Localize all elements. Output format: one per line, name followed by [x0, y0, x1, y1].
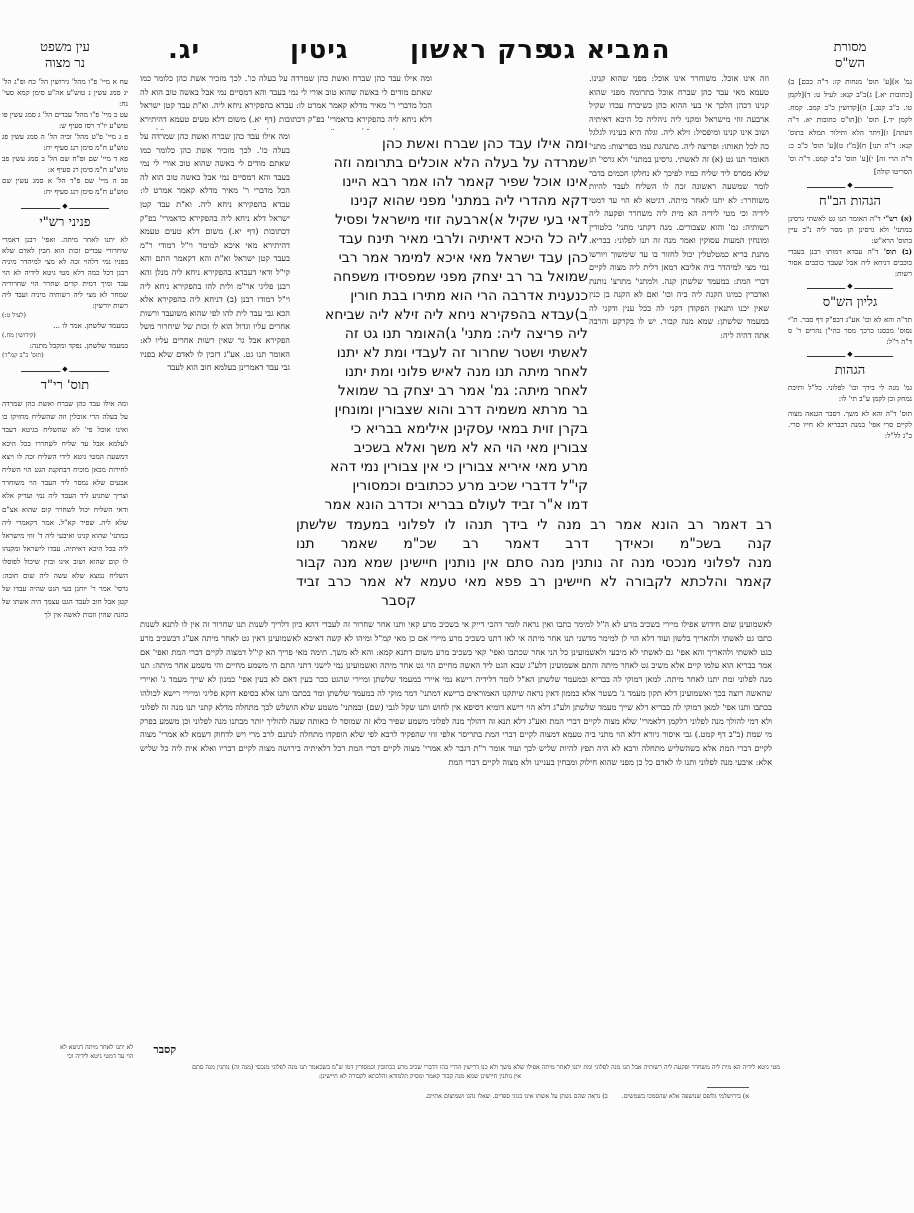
- ein-mishpat-title: עין משפט נר מצוה: [2, 40, 128, 72]
- ein-mishpat-entry: פ ג מיי' פ"ט מהל' זכיה הל' ה סמג עשין פג…: [2, 131, 128, 153]
- hagahot-item: גמ' מנה לי בידך וכו' לפלוני. כל"ל ותיבת …: [788, 382, 912, 404]
- gemara-line: קנה בשכ"מ וכאידך דרב דאמר רב שכ"מ שאמר ת…: [296, 535, 772, 554]
- footnote-rule: [707, 1087, 749, 1088]
- gemara-line: בקרן זוית במאי עסקינן אילימא בבריא כי: [296, 420, 588, 439]
- gemara-line: מרע מאי איריא צבורין כי אין צבורין נמי ד…: [296, 458, 588, 477]
- ornament-divider: [2, 205, 128, 211]
- penei-rashi-note: (קידושין מח.): [2, 331, 128, 340]
- gemara-line: כהן עבד ישראל מאי איכא למימר אמר רבי: [296, 249, 588, 268]
- gemara-line: לאשתי ושטר שחרור זה לעבדי ומת לא יתנו: [296, 344, 588, 363]
- penei-rashi-note: (לעיל ט:): [2, 311, 128, 320]
- ein-mishpat-entry: פב ה מיי' שם פ"ד הל' א סמג עשין שם טוש"ע…: [2, 175, 128, 197]
- penei-rashi-line: במעמד שלשתן. נפקד ומקבל מתנה:: [2, 340, 128, 351]
- ein-mishpat-entry: עח א מיי' פ"ו מהל' גירושין הל' כח ופ"ג ה…: [2, 76, 128, 109]
- gemara-line: דמו א"ר זביד לעולם בבריא וכדרב הונא אמר: [296, 496, 588, 515]
- hagahot-habach-title: הגהות הב"ח: [788, 194, 912, 210]
- bottom-tail: לא יתנו לאחר מיתה דגיטא לא הוי עד דמטי ג…: [60, 1043, 780, 1081]
- masoret-title: מסורת הש"ס: [788, 40, 912, 72]
- gemara-line: צבורין מאי הוי הא לא משך ואלא בשכיב: [296, 439, 588, 458]
- penei-rashi-line: במעמד שלשתן. אמר לו ...: [2, 320, 128, 331]
- ornament-divider: [788, 184, 912, 190]
- gemara-text: ומה אילו עבד כהן שברח ואשת כהן שמרדה על …: [296, 135, 588, 515]
- tosafot-lower-commentary: לאשמועינן שום חידוש אפילו מיירי בשכיב מר…: [140, 618, 772, 1038]
- hagahot-habach-item: (ב) תוס' ד"ה עבדא דמותו רבנן בעבדי כוכבי…: [788, 246, 912, 279]
- final-line: מטי גיטא לידיה הא מית ליה משחרר ופקעה לי…: [60, 1063, 780, 1072]
- hagahot-habach-item: (א) רש"י ד"ה האומר תנו גט לאשתי גרסינן ב…: [788, 213, 912, 246]
- tosafot-commentary: ומה אילו עבד כהן שברח ואשת כהן שמרדה על …: [140, 72, 432, 130]
- gemara-line: ומה אילו עבד כהן שברח ואשת כהן: [296, 135, 588, 154]
- gemara-line: לאחר מיתה תנו מנה לאיש פלוני ומת יתנו: [296, 363, 588, 382]
- gemara-line: בר מרתא משמיה דרב והוא שצבורין ומונחין: [296, 401, 588, 420]
- gemara-text-wide: רב דאמר רב הונא אמר רב מנה לי בידך תנהו …: [296, 516, 772, 611]
- footnote: ב) נראה שהם נשתן על אשתו אינו כגוני ספרי…: [425, 1092, 608, 1101]
- folio-number: יג.: [168, 36, 200, 64]
- ein-mishpat-entry: פא ד מיי' שם ופ"ח שם הל' ב סמג עשין פב ט…: [2, 153, 128, 175]
- gemara-line: קי"ל דדברי שכיב מרע ככתובים וכמסורין: [296, 477, 588, 496]
- masoret-column: מסורת הש"ס גמ' א)[ע' תוס' מנחות קז: ד"ה …: [788, 40, 912, 441]
- ornament-divider: [2, 368, 128, 374]
- hagahot-item: תוס' ד"ה והא לא משך. דסבר הגנאה מצוה לקי…: [788, 408, 912, 441]
- final-line-2: אין נותנין חיישינן שמא מנה קבור קאמר ומס…: [60, 1072, 780, 1081]
- page-header: יג. גיטין פרק ראשון המביא גט: [0, 0, 914, 70]
- gemara-line: כנענית אדרבה הרי הוא מתירו בבת חורין: [296, 287, 588, 306]
- ein-mishpat-entry: עט ב מיי' פ"ו מהל' עבדים הל' ג סמג עשין …: [2, 109, 128, 131]
- tosafot-rid-text: ומה אילו עבד כהן שברח ואשת כהן שמרדה על …: [2, 397, 128, 867]
- gilyon-hashas-text: תד"ה והא לא וכו' אע"ג דבפ"ק דף סבר. ת"י …: [788, 314, 912, 347]
- hagahot-title: הגהות: [788, 363, 912, 379]
- tractate-name: גיטין: [290, 36, 349, 64]
- gemara-line: ליה פריצה ליה: מתני' ג)האומר תנו גט זה: [296, 325, 588, 344]
- gemara-line: דאי בעי שקיל א)ארבעה זוזי מישראל ופסיל: [296, 211, 588, 230]
- gemara-line: קסבר: [296, 592, 772, 611]
- gemara-line: קאמר והלכתא לקבורה לא חיישינן רב פפא מאי…: [296, 573, 772, 592]
- penei-rashi-text: לא יתנו לאחר מיתה. ואפי' רבנן דאמרי שיחר…: [2, 234, 128, 311]
- footnote: א) בירושלמי גלופס שנושפה אלא שהסמכו בשמש…: [622, 1092, 749, 1101]
- ornament-divider: [788, 285, 912, 291]
- penei-rashi-title: פניני רש"י: [2, 215, 128, 231]
- gemara-line: שמואל בר רב יצחק מפני שמפסידו משפחה: [296, 268, 588, 287]
- tosafot-rid-title: תוס' רי"ד: [2, 378, 128, 394]
- chapter-number: פרק ראשון: [410, 36, 552, 64]
- gemara-line: מנה לפלוני מנכסי מנה זה נותנין מנה סתם א…: [296, 554, 772, 573]
- orphan-word: קסבר: [153, 1043, 176, 1061]
- gemara-line: רב דאמר רב הונא אמר רב מנה לי בידך תנהו …: [296, 516, 772, 535]
- ein-mishpat-column: עין משפט נר מצוה עח א מיי' פ"ו מהל' גירו…: [2, 40, 128, 867]
- gemara-line: ליה כל היכא דאיתיה ולרבי מאיר תינח עבד: [296, 230, 588, 249]
- tosafot-commentary-continued: ומה אילו עבד כהן שברח ואשת כהן שמרדה על …: [140, 130, 290, 600]
- tail-line: הוי עד דמטי גיטא לידיה וכי: [60, 1052, 133, 1061]
- gemara-line: לאחר מיתה: גמ' אמר רב יצחק בר שמואל: [296, 382, 588, 401]
- ornament-divider: [788, 353, 912, 359]
- gilyon-hashas-title: גליון הש"ס: [788, 295, 912, 311]
- footnotes: א) בירושלמי גלופס שנושפה אלא שהסמכו בשמש…: [329, 1092, 749, 1101]
- gemara-line: דקא מהדרי ליה במתני' מפני שהוא קנינו: [296, 192, 588, 211]
- tail-line: לא יתנו לאחר מיתה דגיטא לא: [60, 1043, 133, 1052]
- penei-rashi-note: (תוס' כ"ב קמ"ד): [2, 351, 128, 360]
- gemara-line: ב)עבדא בהפקירא ניחא ליה זילא ליה שביחא: [296, 306, 588, 325]
- gemara-line: אינו אוכל שפיר קאמר להו אמר רבא היינו: [296, 173, 588, 192]
- masoret-entries: גמ' א)[ע' תוס' מנחות קז: ד"ה ככם] ב)[כתו…: [788, 76, 912, 178]
- rashi-commentary: וזה אינו אוכל. משוחרר אינו אוכל: מפני שה…: [589, 72, 769, 462]
- gemara-line: שמרדה על בעלה הלא אוכלים בתרומה וזה: [296, 154, 588, 173]
- chapter-name: המביא גט: [545, 36, 670, 64]
